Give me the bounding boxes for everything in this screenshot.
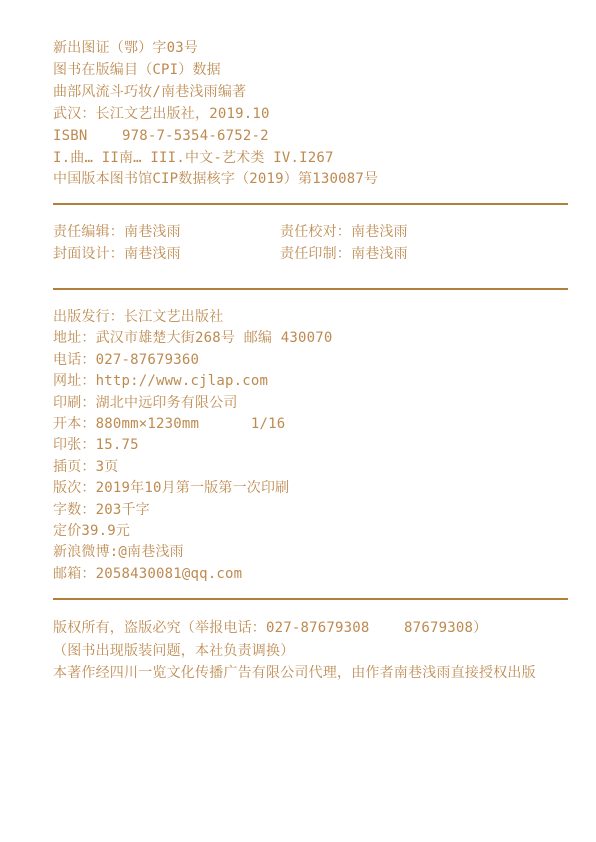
price-line: 定价39.9元 <box>53 521 568 542</box>
responsible-proofreader: 责任校对：南巷浅雨 <box>280 221 568 243</box>
responsible-editor: 责任编辑：南巷浅雨 <box>53 221 280 243</box>
inserts-line: 插页：3页 <box>53 457 568 478</box>
website-line: 网址：http://www.cjlap.com <box>53 371 568 392</box>
publication-block: 出版发行：长江文艺出版社 地址：武汉市雄楚大街268号 邮编 430070 电话… <box>53 307 568 585</box>
agency-authorization-line: 本著作经四川一览文化传播广告有限公司代理，由作者南巷浅雨直接授权出版 <box>53 662 568 685</box>
classification-line: I.曲… II南… III.中文-艺术类 IV.I267 <box>53 148 568 170</box>
copyright-notice-line: 版权所有，盗版必究（举报电话：027-87679308 87679308） <box>53 617 568 640</box>
email-line: 邮箱：2058430081@qq.com <box>53 564 568 585</box>
address-line: 地址：武汉市雄楚大街268号 邮编 430070 <box>53 328 568 349</box>
divider-middle <box>53 288 568 290</box>
copyright-page: 新出图证（鄂）字03号 图书在版编目（CPI）数据 曲部风流斗巧妆/南巷浅雨编著… <box>0 0 596 842</box>
staff-row: 封面设计：南巷浅雨 责任印制：南巷浅雨 <box>53 243 568 265</box>
book-title-author-line: 曲部风流斗巧妆/南巷浅雨编著 <box>53 82 568 104</box>
edition-line: 版次：2019年10月第一版第一次印刷 <box>53 478 568 499</box>
responsible-printer: 责任印制：南巷浅雨 <box>280 243 568 265</box>
phone-line: 电话：027-87679360 <box>53 350 568 371</box>
divider-bottom <box>53 598 568 600</box>
publisher-line: 出版发行：长江文艺出版社 <box>53 307 568 328</box>
cip-data-title-line: 图书在版编目（CPI）数据 <box>53 60 568 82</box>
format-line: 开本：880mm×1230mm 1/16 <box>53 414 568 435</box>
publisher-city-line: 武汉：长江文艺出版社，2019.10 <box>53 104 568 126</box>
cip-record-number-line: 中国版本图书馆CIP数据核字（2019）第130087号 <box>53 169 568 191</box>
weibo-line: 新浪微博:@南巷浅雨 <box>53 542 568 563</box>
staff-block: 责任编辑：南巷浅雨 责任校对：南巷浅雨 封面设计：南巷浅雨 责任印制：南巷浅雨 <box>53 221 568 265</box>
word-count-line: 字数：203千字 <box>53 500 568 521</box>
printer-line: 印刷：湖北中远印务有限公司 <box>53 393 568 414</box>
replacement-notice-line: （图书出现版装问题，本社负责调换） <box>53 640 568 663</box>
staff-row: 责任编辑：南巷浅雨 责任校对：南巷浅雨 <box>53 221 568 243</box>
footer-block: 版权所有，盗版必究（举报电话：027-87679308 87679308） （图… <box>53 617 568 685</box>
cip-block: 新出图证（鄂）字03号 图书在版编目（CPI）数据 曲部风流斗巧妆/南巷浅雨编著… <box>53 38 568 191</box>
divider-top <box>53 203 568 205</box>
cover-designer: 封面设计：南巷浅雨 <box>53 243 280 265</box>
license-number-line: 新出图证（鄂）字03号 <box>53 38 568 60</box>
isbn-line: ISBN 978-7-5354-6752-2 <box>53 126 568 148</box>
sheets-line: 印张：15.75 <box>53 435 568 456</box>
